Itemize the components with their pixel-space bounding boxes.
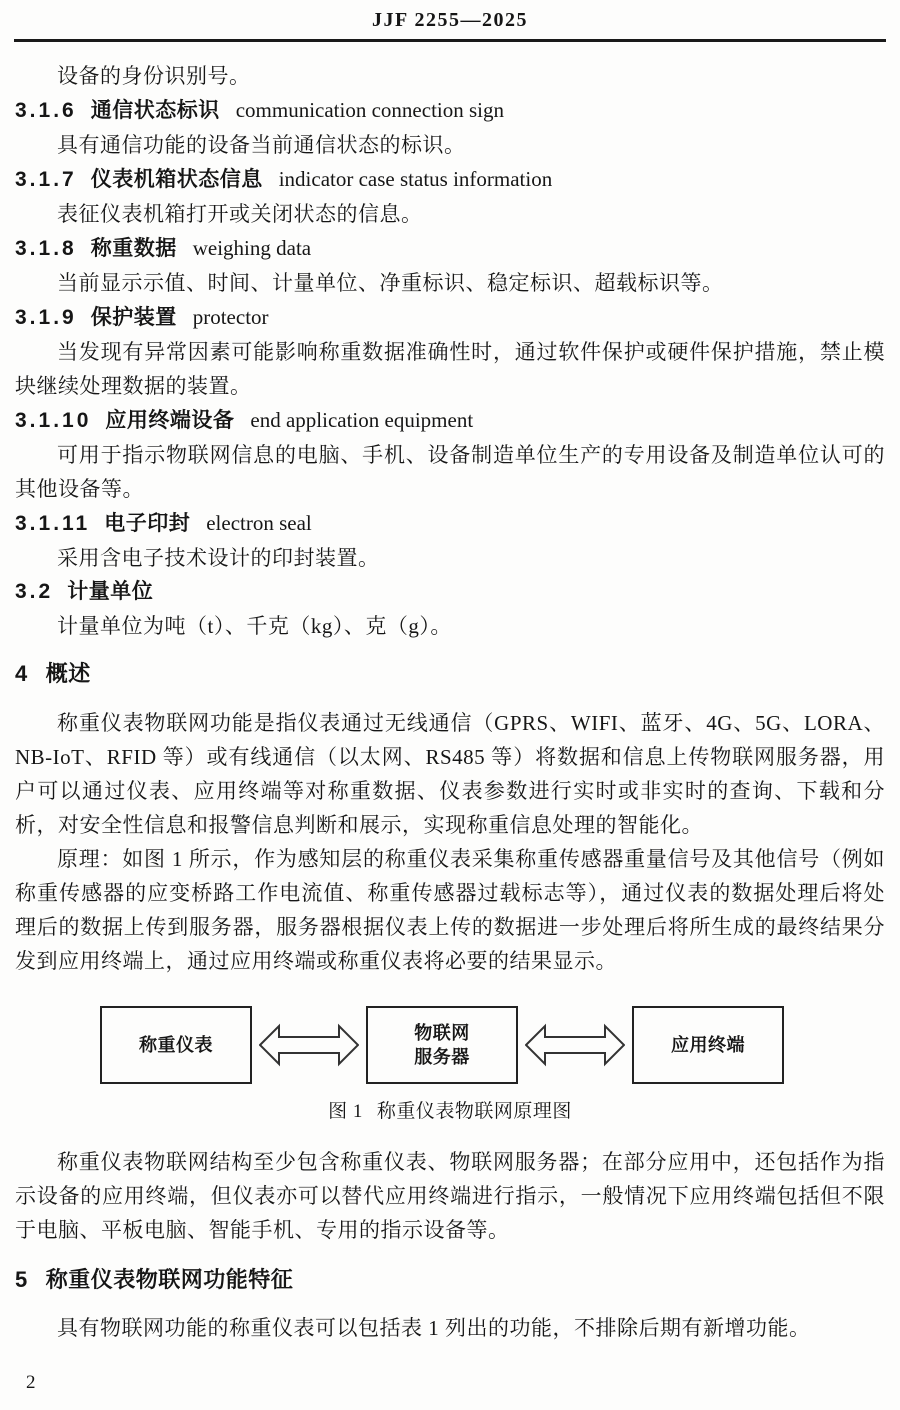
chapter-number: 5 <box>15 1267 28 1292</box>
term-definition: 表征仪表机箱打开或关闭状态的信息。 <box>15 197 885 231</box>
body-paragraph: 具有物联网功能的称重仪表可以包括表 1 列出的功能，不排除后期有新增功能。 <box>15 1311 885 1345</box>
term-definition: 可用于指示物联网信息的电脑、手机、设备制造单位生产的专用设备及制造单位认可的其他… <box>15 438 885 506</box>
term-chinese: 电子印封 <box>104 512 190 535</box>
diagram-box-iot-server: 物联网 服务器 <box>366 1006 518 1084</box>
diagram-box-label: 服务器 <box>414 1045 470 1069</box>
figure-caption-label: 图 1 <box>328 1101 363 1122</box>
term-heading-3-1-11: 3.1.11电子印封electron seal <box>15 506 885 541</box>
term-definition: 当发现有异常因素可能影响称重数据准确性时，通过软件保护或硬件保护措施，禁止模块继… <box>15 335 885 403</box>
term-chinese: 称重数据 <box>91 237 177 260</box>
clause-number: 3.1.9 <box>15 306 77 329</box>
clause-number: 3.1.6 <box>15 99 77 122</box>
diagram-box-label: 应用终端 <box>671 1033 745 1057</box>
term-definition: 当前显示示值、时间、计量单位、净重标识、稳定标识、超载标识等。 <box>15 266 885 300</box>
term-chinese: 仪表机箱状态信息 <box>91 168 263 191</box>
chapter-heading-5: 5称重仪表物联网功能特征 <box>15 1263 885 1297</box>
chapter-title: 概述 <box>46 661 91 686</box>
term-heading-3-1-10: 3.1.10应用终端设备end application equipment <box>15 403 885 438</box>
term-english: protector <box>193 305 269 329</box>
clause-number: 3.1.7 <box>15 168 77 191</box>
term-chinese: 保护装置 <box>91 306 177 329</box>
diagram-box-label: 物联网 <box>414 1021 470 1045</box>
double-arrow-icon <box>259 1023 359 1067</box>
document-page: JJF 2255—2025 设备的身份识别号。 3.1.6通信状态标识commu… <box>0 0 900 1410</box>
clause-number: 3.2 <box>15 580 53 603</box>
term-heading-3-1-7: 3.1.7仪表机箱状态信息indicator case status infor… <box>15 162 885 197</box>
term-english: weighing data <box>193 236 311 260</box>
clause-number: 3.1.8 <box>15 237 77 260</box>
chapter-heading-4: 4概述 <box>15 657 885 691</box>
figure-1: 称重仪表 物联网 服务器 应用终端 图 1称重仪表物联网原理图 <box>15 1006 885 1125</box>
term-heading-3-1-9: 3.1.9保护装置protector <box>15 300 885 335</box>
term-definition: 计量单位为吨（t）、千克（kg）、克（g）。 <box>15 609 885 643</box>
term-english: communication connection sign <box>236 98 504 122</box>
diagram-box-application-terminal: 应用终端 <box>632 1006 784 1084</box>
diagram-box-weighing-indicator: 称重仪表 <box>100 1006 252 1084</box>
page-number: 2 <box>26 1372 36 1394</box>
standard-number: JJF 2255—2025 <box>372 9 528 31</box>
body-paragraph: 原理：如图 1 所示，作为感知层的称重仪表采集称重传感器重量信号及其他信号（例如… <box>15 842 885 978</box>
term-english: indicator case status information <box>279 167 553 191</box>
body-paragraph: 称重仪表物联网结构至少包含称重仪表、物联网服务器；在部分应用中，还包括作为指示设… <box>15 1145 885 1247</box>
term-heading-3-1-8: 3.1.8称重数据weighing data <box>15 231 885 266</box>
body-paragraph: 称重仪表物联网功能是指仪表通过无线通信（GPRS、WIFI、蓝牙、4G、5G、L… <box>15 706 885 842</box>
term-english: end application equipment <box>250 408 473 432</box>
clause-number: 3.1.11 <box>15 512 90 535</box>
diagram-box-label: 称重仪表 <box>139 1033 213 1057</box>
chapter-number: 4 <box>15 661 28 686</box>
double-arrow-icon <box>525 1023 625 1067</box>
continuation-line: 设备的身份识别号。 <box>15 59 885 93</box>
term-heading-3-2: 3.2计量单位 <box>15 575 885 609</box>
term-english: electron seal <box>206 511 312 535</box>
figure-caption: 图 1称重仪表物联网原理图 <box>15 1099 885 1125</box>
chapter-title: 称重仪表物联网功能特征 <box>46 1267 294 1292</box>
term-chinese: 计量单位 <box>67 580 153 603</box>
clause-number: 3.1.10 <box>15 409 91 432</box>
document-body: 设备的身份识别号。 3.1.6通信状态标识communication conne… <box>15 59 885 1345</box>
term-definition: 采用含电子技术设计的印封装置。 <box>15 541 885 575</box>
term-definition: 具有通信功能的设备当前通信状态的标识。 <box>15 128 885 162</box>
figure-caption-title: 称重仪表物联网原理图 <box>377 1101 572 1122</box>
header-rule <box>14 39 886 42</box>
running-header: JJF 2255—2025 <box>0 0 900 32</box>
term-heading-3-1-6: 3.1.6通信状态标识communication connection sign <box>15 93 885 128</box>
figure-diagram: 称重仪表 物联网 服务器 应用终端 <box>15 1006 885 1084</box>
term-chinese: 应用终端设备 <box>105 409 234 432</box>
term-chinese: 通信状态标识 <box>91 99 220 122</box>
